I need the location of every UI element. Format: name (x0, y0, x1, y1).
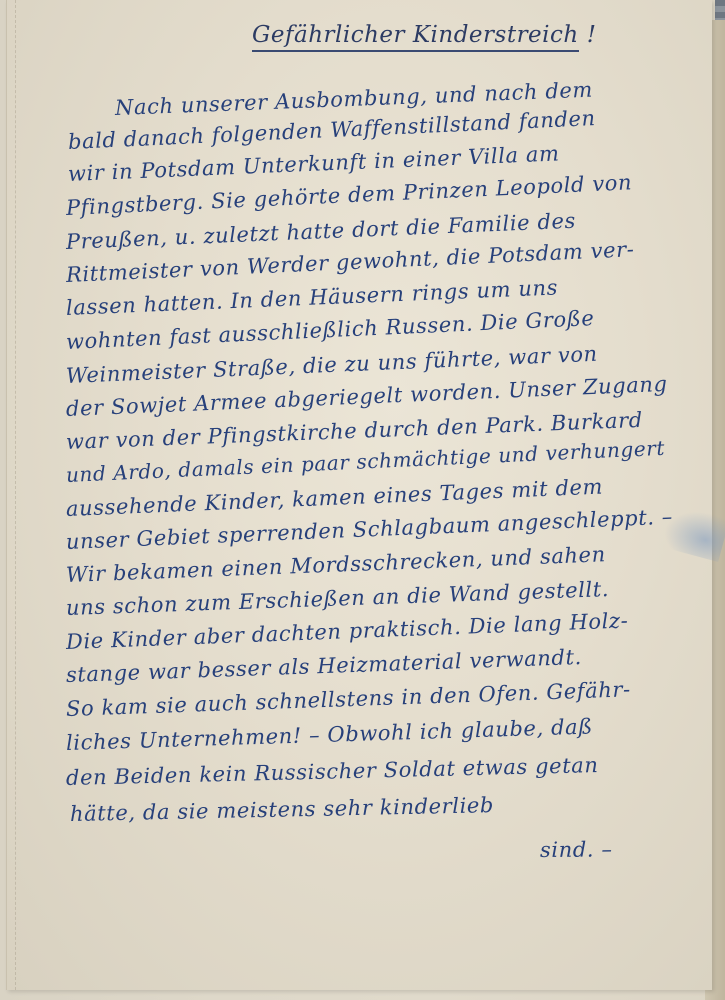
text-line: liches Unternehmen! – Obwohl ich glaube,… (66, 714, 594, 755)
photo-background: Gefährlicher Kinderstreich! Nach unserer… (0, 0, 725, 1000)
text-line: sind. – (540, 837, 613, 862)
handwritten-body: Nach unserer Ausbombung, und nach dem ba… (0, 0, 725, 1000)
text-line: hätte, da sie meistens sehr kinderlieb (70, 793, 494, 826)
text-line: den Beiden kein Russischer Soldat etwas … (66, 753, 599, 790)
